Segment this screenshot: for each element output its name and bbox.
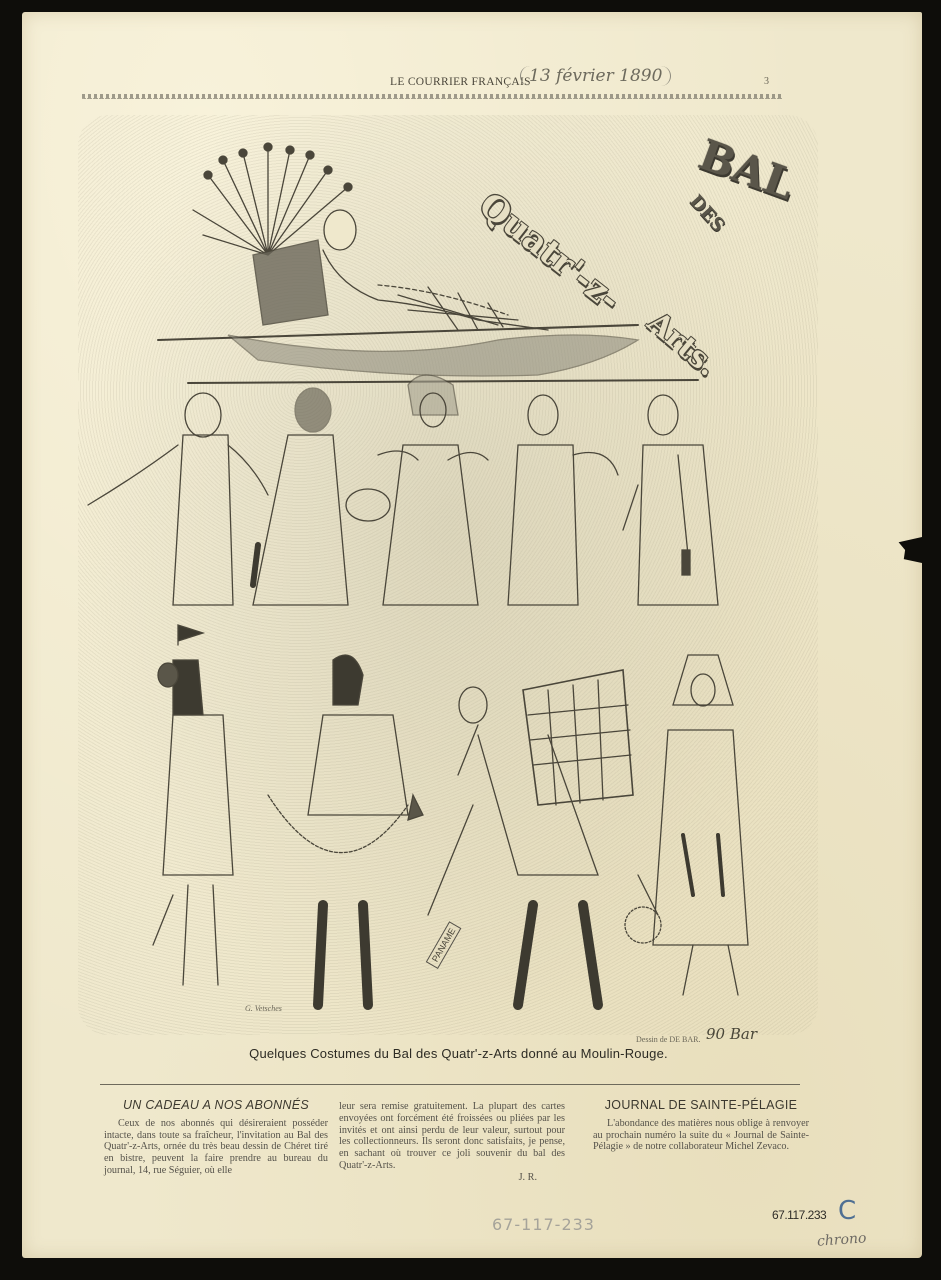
knight-figure: [153, 625, 233, 985]
drawing-credit: Dessin de DE BAR.: [636, 1035, 700, 1044]
bonnet-woman-figure: [378, 375, 488, 605]
caption-text: Quelques Costumes du Bal des Quatr'-z-Ar…: [249, 1046, 668, 1061]
page-number: 3: [764, 76, 769, 87]
veiled-woman-figure: [268, 655, 408, 1005]
section-rule: [100, 1084, 800, 1085]
woman-with-keys-figure: [623, 395, 718, 605]
handwritten-date: 13 février 1890: [520, 66, 671, 86]
angel-figure: [88, 393, 268, 605]
illustration: BAL DES Quatr'-z- Arts.: [78, 115, 818, 1035]
archive-letter: C: [838, 1196, 856, 1226]
article-cadeau-continued: leur sera remise gratuitement. La plupar…: [339, 1101, 565, 1184]
monogram-signature: 90 Bar: [706, 1025, 757, 1043]
artist-signature: G. Vetsches: [245, 1004, 282, 1013]
article-cadeau: UN CADEAU A NOS ABONNÉS Ceux de nos abon…: [104, 1100, 328, 1177]
man-in-coat-figure: [508, 395, 618, 605]
publication-title: LE COURRIER FRANÇAIS: [390, 76, 531, 88]
article-heading: UN CADEAU A NOS ABONNÉS: [104, 1100, 328, 1112]
header-rule: [82, 94, 782, 99]
archive-pencil-number: 67-117-233: [492, 1215, 595, 1234]
article-body: L'abondance des matières nous oblige à r…: [593, 1118, 809, 1153]
illustration-caption: Quelques Costumes du Bal des Quatr'-z-Ar…: [0, 1046, 941, 1061]
article-heading: JOURNAL DE SAINTE-PÉLAGIE: [593, 1100, 809, 1112]
egyptian-figure: [625, 655, 748, 995]
page-header: LE COURRIER FRANÇAIS 13 février 1890 3: [82, 72, 782, 96]
article-sainte-pelagie: JOURNAL DE SAINTE-PÉLAGIE L'abondance de…: [593, 1100, 809, 1153]
archive-note: chrono: [817, 1230, 867, 1249]
mother-figure: [253, 388, 390, 605]
costume-drawing: [78, 115, 818, 1035]
archive-ink-number: 67.117.233: [772, 1208, 826, 1222]
article-body: leur sera remise gratuitement. La plupar…: [339, 1101, 565, 1172]
article-signoff: J. R.: [339, 1172, 565, 1184]
article-body: Ceux de nos abonnés qui désireraient pos…: [104, 1118, 328, 1177]
